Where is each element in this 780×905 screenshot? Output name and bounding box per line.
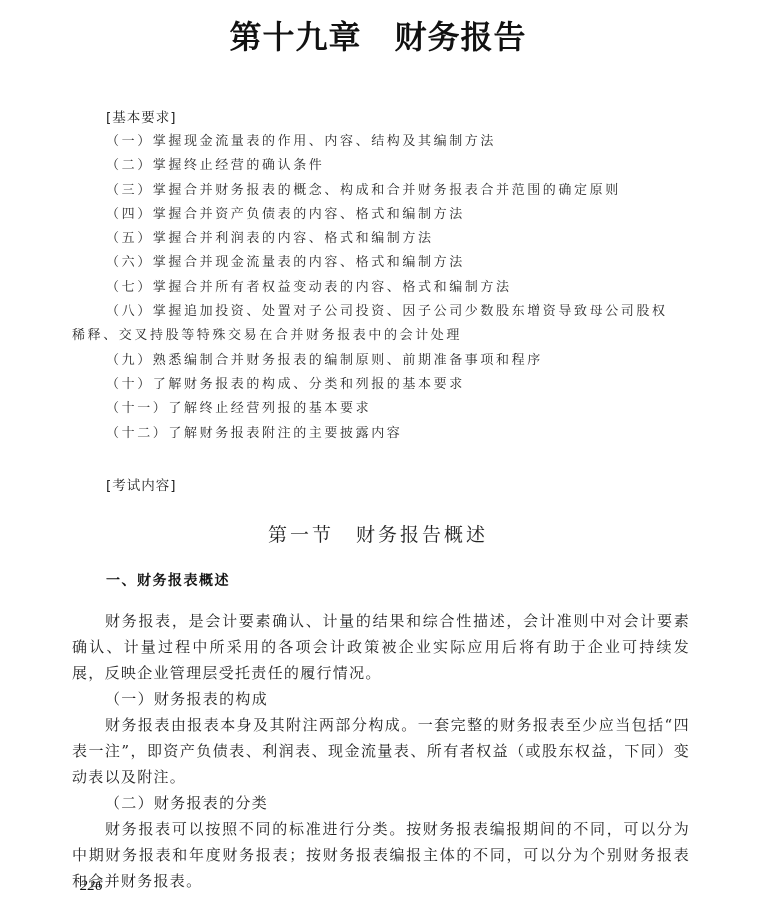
requirement-item: （三）掌握合并财务报表的概念、构成和合并财务报表合并范围的确定原则: [106, 179, 706, 203]
paragraph-heading: （一）财务报表的构成: [72, 686, 690, 712]
subsection-heading: 一、财务报表概述: [106, 570, 230, 590]
section-title: 第一节 财务报告概述: [0, 520, 756, 547]
requirement-item: （十二）了解财务报表附注的主要披露内容: [106, 422, 706, 446]
paragraph: 财务报表可以按照不同的标准进行分类。按财务报表编报期间的不同，可以分为中期财务报…: [72, 816, 690, 894]
paragraph: 财务报表由报表本身及其附注两部分构成。一套完整的财务报表至少应当包括“四表一注”…: [72, 712, 690, 790]
paragraph-heading: （二）财务报表的分类: [72, 790, 690, 816]
page-number: 226: [80, 878, 103, 895]
exam-content-heading: [考试内容]: [106, 474, 177, 498]
chapter-title: 第十九章 财务报告: [0, 12, 756, 58]
requirement-item: （七）掌握合并所有者权益变动表的内容、格式和编制方法: [106, 276, 706, 300]
document-page: 第十九章 财务报告 [基本要求] （一）掌握现金流量表的作用、内容、结构及其编制…: [0, 0, 780, 905]
requirement-item: （十）了解财务报表的构成、分类和列报的基本要求: [106, 373, 706, 397]
requirement-item: （五）掌握合并利润表的内容、格式和编制方法: [106, 227, 706, 251]
requirement-item: （六）掌握合并现金流量表的内容、格式和编制方法: [106, 251, 706, 275]
requirement-item-continuation: 稀释、交叉持股等特殊交易在合并财务报表中的会计处理: [72, 324, 706, 348]
requirement-item: （九）熟悉编制合并财务报表的编制原则、前期准备事项和程序: [106, 349, 706, 373]
body-text: 财务报表，是会计要素确认、计量的结果和综合性描述，会计准则中对会计要素确认、计量…: [72, 608, 690, 894]
requirement-item: （一）掌握现金流量表的作用、内容、结构及其编制方法: [106, 130, 706, 154]
requirements-section: [基本要求] （一）掌握现金流量表的作用、内容、结构及其编制方法 （二）掌握终止…: [106, 106, 706, 446]
requirement-item: （八）掌握追加投资、处置对子公司投资、因子公司少数股东增资导致母公司股权: [106, 300, 706, 324]
requirements-heading: [基本要求]: [106, 106, 706, 130]
requirement-item: （二）掌握终止经营的确认条件: [106, 154, 706, 178]
paragraph-intro: 财务报表，是会计要素确认、计量的结果和综合性描述，会计准则中对会计要素确认、计量…: [72, 608, 690, 686]
requirement-item: （十一）了解终止经营列报的基本要求: [106, 397, 706, 421]
requirement-item: （四）掌握合并资产负债表的内容、格式和编制方法: [106, 203, 706, 227]
